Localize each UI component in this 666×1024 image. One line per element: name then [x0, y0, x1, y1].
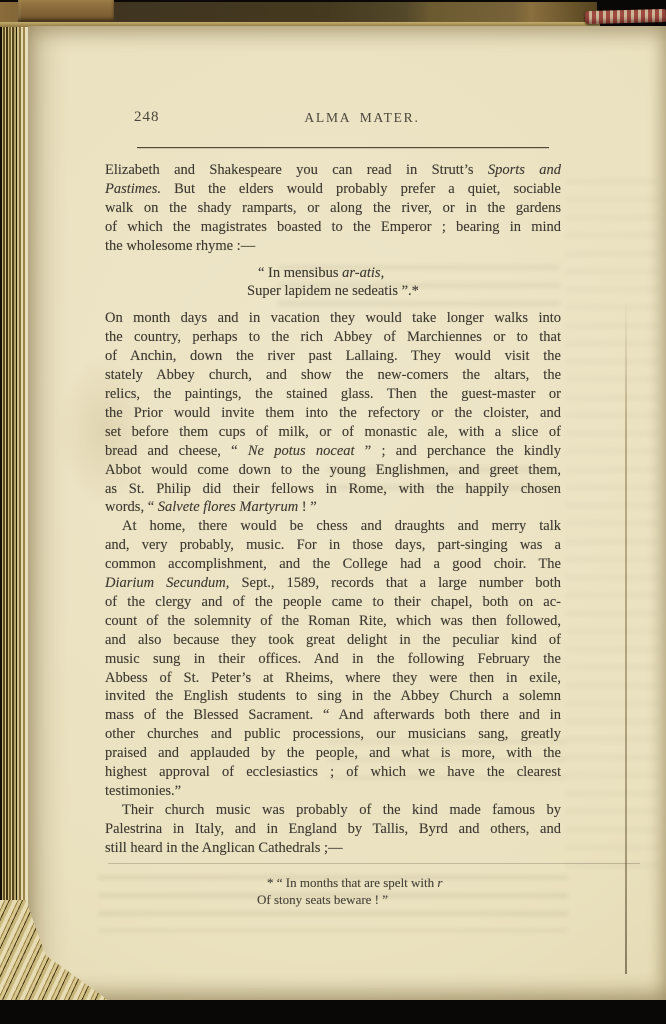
- text-run: Elizabeth and Shakespeare you can read i…: [105, 162, 488, 178]
- italic-text: Salvete flores Martyrum: [158, 499, 298, 515]
- text-run: Abbot would come down to the young Engli…: [105, 462, 561, 478]
- italic-text: Pastimes.: [105, 181, 161, 197]
- text-run: Super lapidem ne sedeatis ”.*: [247, 283, 419, 299]
- text-line: Of stony seats beware ! ”: [257, 891, 561, 909]
- text-line: Abbot would come down to the young Engli…: [105, 461, 561, 480]
- text-run: ! ”: [298, 499, 317, 515]
- italic-text: r: [437, 875, 442, 890]
- footnote-rule: [108, 863, 640, 864]
- text-line: Diarium Secundum, Sept., 1589, records t…: [105, 574, 561, 593]
- text-run: testimonies.”: [105, 783, 181, 799]
- text-run: mass of the Blessed Sacrament. “ And aft…: [105, 707, 561, 723]
- text-run: other churches and public processions, o…: [105, 726, 561, 742]
- text-run: as St. Philip did their fellows in Rome,…: [105, 481, 561, 497]
- book-cover-top-edge: [0, 0, 666, 27]
- text-line: other churches and public processions, o…: [105, 725, 561, 744]
- text-run: and also because they took great delight…: [105, 632, 561, 648]
- text-run: the Prior would invite them into the ref…: [105, 405, 561, 421]
- text-line: highest approval of ecclesiastics ; of w…: [105, 763, 561, 782]
- text-line: bread and cheese, “ Ne potus noceat ” ; …: [105, 442, 561, 461]
- verse-block: “ In mensibus ar-atis,Super lapidem ne s…: [105, 264, 561, 302]
- cover-leather-patch: [18, 0, 114, 22]
- text-line: Pastimes. But the elders would probably …: [105, 180, 561, 199]
- italic-text: Ne potus noceat: [248, 443, 355, 459]
- header-rule: [137, 147, 549, 148]
- text-run: On month days and in vacation they would…: [105, 310, 561, 326]
- text-line: testimonies.”: [105, 782, 561, 801]
- text-run: , Sept., 1589, records that a large numb…: [226, 575, 561, 591]
- text-line: the country, perhaps to the rich Abbey o…: [105, 328, 561, 347]
- text-line: Elizabeth and Shakespeare you can read i…: [105, 161, 561, 180]
- italic-text: Sports and: [488, 162, 561, 178]
- book-cover-bottom-edge: [0, 1000, 666, 1024]
- footnote-block: * “ In months that are spelt with rOf st…: [105, 874, 561, 909]
- text-run: Of stony seats beware ! ”: [257, 892, 388, 907]
- text-line: relics, the paintings, the stained glass…: [105, 385, 561, 404]
- text-run: * “ In months that are spelt with: [267, 875, 437, 890]
- text-run: Abbess of St. Peter’s at Rheims, where t…: [105, 670, 561, 686]
- text-line: Palestrina in Italy, and in England by T…: [105, 820, 561, 839]
- page-edge-stripes: [0, 27, 28, 1000]
- text-run: ,: [381, 265, 385, 281]
- text-line: praised and applauded by the people, and…: [105, 744, 561, 763]
- text-run: praised and applauded by the people, and…: [105, 745, 561, 761]
- text-run: the country, perhaps to the rich Abbey o…: [105, 329, 561, 345]
- text-line: mass of the Blessed Sacrament. “ And aft…: [105, 706, 561, 725]
- text-line: “ In mensibus ar-atis,: [258, 264, 561, 283]
- text-run: and, very probably, music. For in those …: [105, 537, 561, 553]
- headband-striped: [585, 9, 666, 24]
- text-line: as St. Philip did their fellows in Rome,…: [105, 480, 561, 499]
- text-line: still heard in the Anglican Cathedrals ;…: [105, 839, 561, 858]
- italic-text: ar-atis: [342, 265, 380, 281]
- text-column: Elizabeth and Shakespeare you can read i…: [105, 161, 561, 909]
- text-run: At home, there would be chess and draugh…: [122, 518, 561, 534]
- text-line: of Anchin, down the river past Lallaing.…: [105, 347, 561, 366]
- show-through-smudge: [566, 166, 658, 876]
- page-title: ALMA MATER.: [105, 110, 619, 126]
- text-run: still heard in the Anglican Cathedrals ;…: [105, 840, 343, 856]
- book-photo: 248 ALMA MATER. Elizabeth and Shakespear…: [0, 0, 666, 1024]
- text-line: the wholesome rhyme :—: [105, 237, 561, 256]
- running-header: 248 ALMA MATER.: [105, 108, 561, 128]
- text-run: highest approval of ecclesiastics ; of w…: [105, 764, 561, 780]
- text-line: of which the magistrates boasted to the …: [105, 218, 561, 237]
- text-line: At home, there would be chess and draugh…: [105, 517, 561, 536]
- text-run: of Anchin, down the river past Lallaing.…: [105, 348, 561, 364]
- text-run: walk on the shady ramparts, or along the…: [105, 200, 561, 216]
- paragraph: Their church music was probably of the k…: [105, 801, 561, 858]
- text-run: bread and cheese, “: [105, 443, 248, 459]
- text-run: of which the magistrates boasted to the …: [105, 219, 561, 235]
- text-run: Palestrina in Italy, and in England by T…: [105, 821, 561, 837]
- text-line: common accomplishment, and the College h…: [105, 555, 561, 574]
- text-run: “ In mensibus: [258, 265, 342, 281]
- page-right-edge-crease: [625, 300, 627, 974]
- text-line: invited the English students to sing in …: [105, 687, 561, 706]
- text-run: Their church music was probably of the k…: [122, 802, 561, 818]
- text-line: and, very probably, music. For in those …: [105, 536, 561, 555]
- text-line: of the clergy and of the people came to …: [105, 593, 561, 612]
- text-line: words, “ Salvete flores Martyrum ! ”: [105, 498, 561, 517]
- text-line: and also because they took great delight…: [105, 631, 561, 650]
- text-line: count of the solemnity of the Roman Rite…: [105, 612, 561, 631]
- text-run: music sung in their offices. And in the …: [105, 651, 561, 667]
- text-run: relics, the paintings, the stained glass…: [105, 386, 561, 402]
- text-line: On month days and in vacation they would…: [105, 309, 561, 328]
- text-run: the wholesome rhyme :—: [105, 238, 255, 254]
- text-run: of the clergy and of the people came to …: [105, 594, 561, 610]
- text-run: count of the solemnity of the Roman Rite…: [105, 613, 561, 629]
- text-run: common accomplishment, and the College h…: [105, 556, 561, 572]
- text-run: words, “: [105, 499, 158, 515]
- text-run: stately Abbey church, and show the new-c…: [105, 367, 561, 383]
- paragraph: Elizabeth and Shakespeare you can read i…: [105, 161, 561, 256]
- text-run: invited the English students to sing in …: [105, 688, 561, 704]
- paragraph: On month days and in vacation they would…: [105, 309, 561, 517]
- text-line: Abbess of St. Peter’s at Rheims, where t…: [105, 669, 561, 688]
- italic-text: Diarium Secundum: [105, 575, 226, 591]
- paragraph: At home, there would be chess and draugh…: [105, 517, 561, 801]
- book-page: 248 ALMA MATER. Elizabeth and Shakespear…: [28, 26, 666, 1000]
- text-line: set before them cups of milk, or of mona…: [105, 423, 561, 442]
- text-run: set before them cups of milk, or of mona…: [105, 424, 561, 440]
- text-run: But the elders would probably prefer a q…: [161, 181, 561, 197]
- text-line: Super lapidem ne sedeatis ”.*: [247, 282, 561, 301]
- text-line: the Prior would invite them into the ref…: [105, 404, 561, 423]
- text-run: ” ; and perchance the kindly: [355, 443, 561, 459]
- text-line: * “ In months that are spelt with r: [267, 874, 561, 892]
- text-line: walk on the shady ramparts, or along the…: [105, 199, 561, 218]
- text-line: Their church music was probably of the k…: [105, 801, 561, 820]
- text-line: music sung in their offices. And in the …: [105, 650, 561, 669]
- text-line: stately Abbey church, and show the new-c…: [105, 366, 561, 385]
